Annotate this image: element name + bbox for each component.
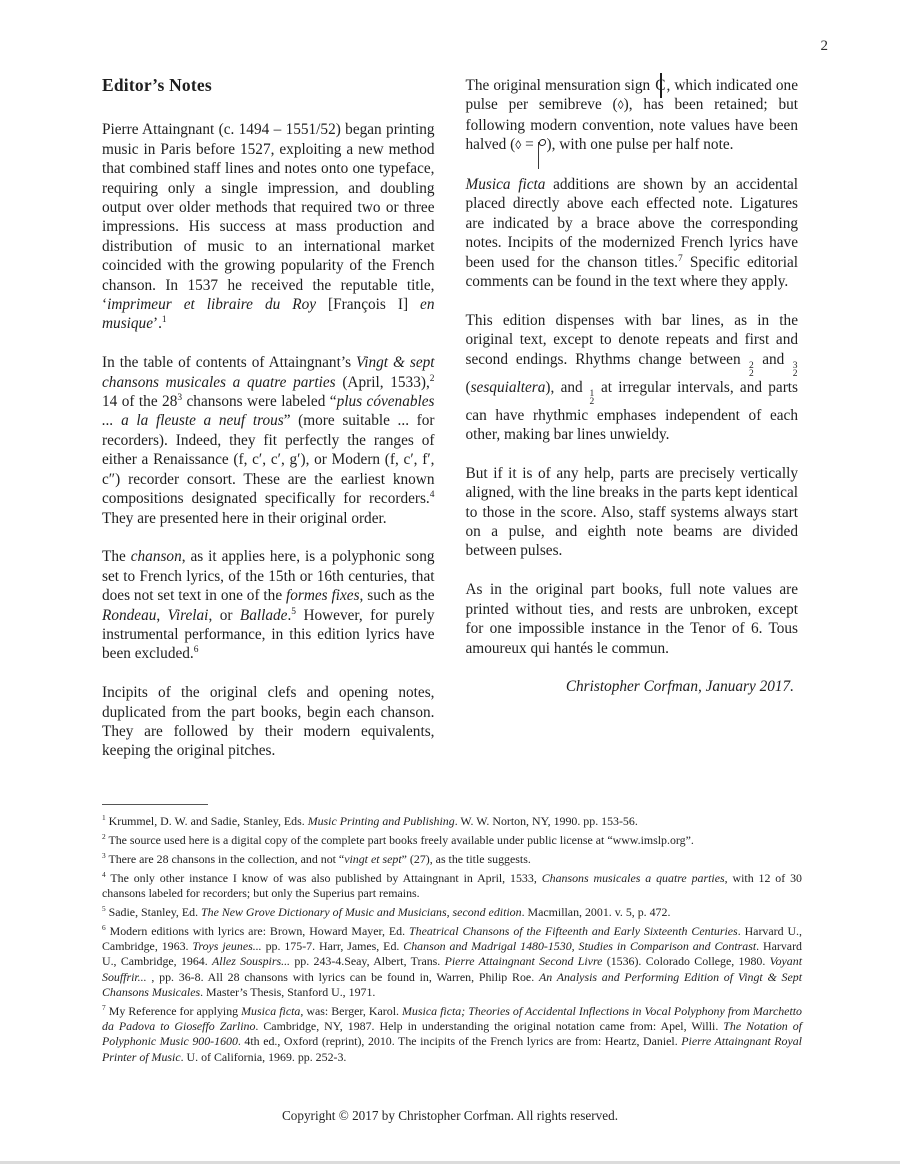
footnote-marker: 7 [678, 254, 683, 264]
document-page: 2 Editor’s Notes Pierre Attaingnant (c. … [0, 0, 900, 1164]
right-column: The original mensuration sign C, which i… [466, 76, 799, 761]
footnote-marker: 4 [430, 490, 435, 500]
footnote: 5 Sadie, Stanley, Ed. The New Grove Dict… [102, 905, 802, 920]
footnote-marker: 1 [162, 315, 167, 325]
paragraph: The chanson, as it applies here, is a po… [102, 547, 435, 663]
footnote-marker: 2 [102, 832, 106, 841]
footnote-marker: 6 [194, 645, 199, 655]
paragraph: In the table of contents of Attaingnant’… [102, 353, 435, 528]
footnote: 6 Modern editions with lyrics are: Brown… [102, 924, 802, 1000]
footnotes-section: 1 Krummel, D. W. and Sadie, Stanley, Eds… [102, 804, 802, 1069]
editor-signature: Christopher Corfman, January 2017. [466, 677, 799, 696]
paragraph: But if it is of any help, parts are prec… [466, 464, 799, 561]
paragraph: Musica ficta additions are shown by an a… [466, 175, 799, 291]
left-column: Editor’s Notes Pierre Attaingnant (c. 14… [102, 76, 435, 761]
paragraph: As in the original part books, full note… [466, 580, 799, 658]
footnote-marker: 4 [102, 870, 106, 879]
footnote: 2 The source used here is a digital copy… [102, 833, 802, 848]
page-number: 2 [821, 38, 829, 55]
semibreve-icon: ◊ [515, 138, 521, 152]
footnote-marker: 5 [102, 904, 106, 913]
time-signature: 32 [792, 362, 798, 378]
footnote-marker: 5 [291, 606, 296, 616]
half-note-icon [538, 138, 547, 150]
paragraph: The original mensuration sign C, which i… [466, 76, 799, 156]
paragraph: Pierre Attaingnant (c. 1494 – 1551/52) b… [102, 120, 435, 333]
footnote-marker: 6 [102, 923, 106, 932]
footnote: 4 The only other instance I know of was … [102, 871, 802, 902]
footnote-marker: 1 [102, 813, 106, 822]
copyright-notice: Copyright © 2017 by Christopher Corfman.… [0, 1108, 900, 1124]
time-signature: 12 [589, 390, 595, 406]
paragraph: Incipits of the original clefs and openi… [102, 683, 435, 761]
footnote-marker: 3 [177, 393, 182, 403]
semibreve-icon: ◊ [618, 98, 624, 112]
footnote-divider [102, 804, 208, 805]
footnote-marker: 2 [430, 374, 435, 384]
footnote-marker: 3 [102, 851, 106, 860]
footnote: 3 There are 28 chansons in the collectio… [102, 852, 802, 867]
footnote-marker: 7 [102, 1003, 106, 1012]
two-column-body: Editor’s Notes Pierre Attaingnant (c. 14… [102, 76, 798, 761]
cut-time-mensuration-icon: C [654, 76, 666, 95]
footnote: 7 My Reference for applying Musica ficta… [102, 1004, 802, 1065]
paragraph: This edition dispenses with bar lines, a… [466, 311, 799, 445]
footnote: 1 Krummel, D. W. and Sadie, Stanley, Eds… [102, 814, 802, 829]
time-signature: 22 [749, 362, 755, 378]
page-title: Editor’s Notes [102, 76, 435, 95]
